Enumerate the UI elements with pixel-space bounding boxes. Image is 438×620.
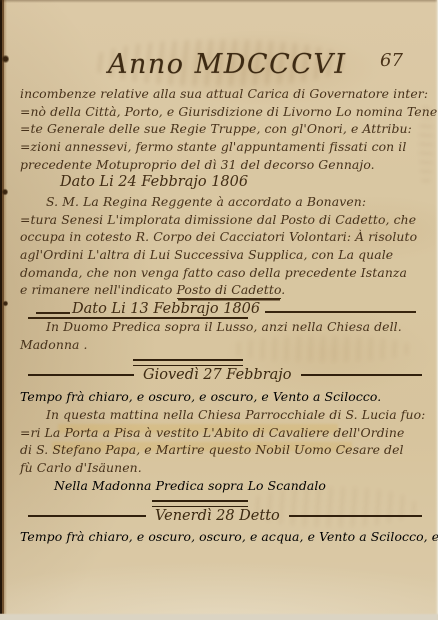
ink-spot: [2, 188, 8, 196]
weather-note: Tempo frà chiaro, e oscuro, e oscuro, e …: [20, 388, 424, 406]
flourish-dash: [36, 312, 70, 314]
entry-cadet-resignation: S. M. La Regina Reggente à accordato a B…: [20, 193, 424, 299]
date-text: Dato Li 24 Febbrajo 1806: [60, 174, 248, 190]
section-double-rule: [152, 500, 248, 507]
entry-madonna-sermon: Nella Madonna Predica sopra Lo Scandalo: [20, 477, 438, 495]
closing-period: .: [281, 282, 285, 297]
book-binding-edge: [0, 0, 7, 614]
manuscript-line: =ri La Porta a Pisa à vestito L'Abito di…: [20, 424, 424, 442]
entry-duomo-sermon: In Duomo Predica sopra il Lusso, anzi ne…: [20, 318, 424, 353]
page-top-shadow: [0, 0, 438, 3]
manuscript-line: precedente Motuproprio del dì 31 del dec…: [20, 156, 424, 174]
page-number: 67: [380, 50, 403, 71]
heading-rule-left: [28, 515, 146, 517]
ink-spot: [2, 54, 9, 64]
filler-rule: [265, 311, 416, 313]
manuscript-line: In questa mattina nella Chiesa Parrocchi…: [20, 406, 424, 424]
section-heading-venerdi: Venerdì 28 Detto: [28, 508, 422, 524]
entry-knight-investiture: In questa mattina nella Chiesa Parrocchi…: [20, 406, 424, 477]
manuscript-line: fù Carlo d'Isäunen.: [20, 459, 424, 477]
heading-rule-right: [301, 374, 422, 376]
manuscript-line: occupa in cotesto R. Corpo dei Cacciator…: [20, 228, 424, 246]
manuscript-line: domanda, che non venga fatto caso della …: [20, 264, 424, 282]
date-text: Dato Li 13 Febbrajo 1806: [72, 301, 260, 317]
manuscript-line: =zioni annessevi, fermo stante gl'appunt…: [20, 138, 424, 156]
manuscript-line: incombenze relative alla sua attual Cari…: [20, 85, 424, 103]
section-double-rule: [133, 359, 243, 366]
manuscript-line: S. M. La Regina Reggente à accordato a B…: [20, 193, 424, 211]
entry-governor-appointment: incombenze relative alla sua attual Cari…: [20, 85, 424, 173]
manuscript-line: e rimanere nell'indicato Posto di Cadett…: [20, 281, 424, 299]
weather-note: Tempo frà chiaro, e oscuro, oscuro, e ac…: [20, 528, 424, 546]
manuscript-line: In Duomo Predica sopra il Lusso, anzi ne…: [20, 318, 424, 336]
dateline-24-febbrajo: Dato Li 24 Febbrajo 1806: [20, 174, 424, 194]
manuscript-line: =te Generale delle sue Regie Truppe, con…: [20, 120, 424, 138]
manuscript-line: =nò della Città, Porto, e Giurisdizione …: [20, 103, 424, 121]
manuscript-line: Madonna .: [20, 336, 424, 354]
section-heading-text: Giovedì 27 Febbrajo: [134, 367, 301, 383]
section-heading-giovedi: Giovedì 27 Febbrajo: [28, 367, 422, 383]
section-heading-text: Venerdì 28 Detto: [146, 508, 289, 524]
closing-text: e rimanere nell'indicato: [20, 282, 177, 297]
scan-bottom-strip: [0, 613, 438, 620]
manuscript-line: di S. Stefano Papa, e Martire questo Nob…: [20, 441, 424, 459]
underlined-phrase: Posto di Cadetto: [177, 282, 282, 299]
manuscript-line: =tura Senesi L'implorata dimissione dal …: [20, 211, 424, 229]
heading-rule-left: [28, 374, 134, 376]
manuscript-page: Anno MDCCCVI 67 incombenze relative alla…: [0, 0, 438, 620]
heading-rule-right: [289, 515, 422, 517]
ink-spot: [3, 300, 8, 307]
year-heading: Anno MDCCCVI: [108, 49, 347, 80]
manuscript-line: agl'Ordini L'altra di Lui Successiva Sup…: [20, 246, 424, 264]
